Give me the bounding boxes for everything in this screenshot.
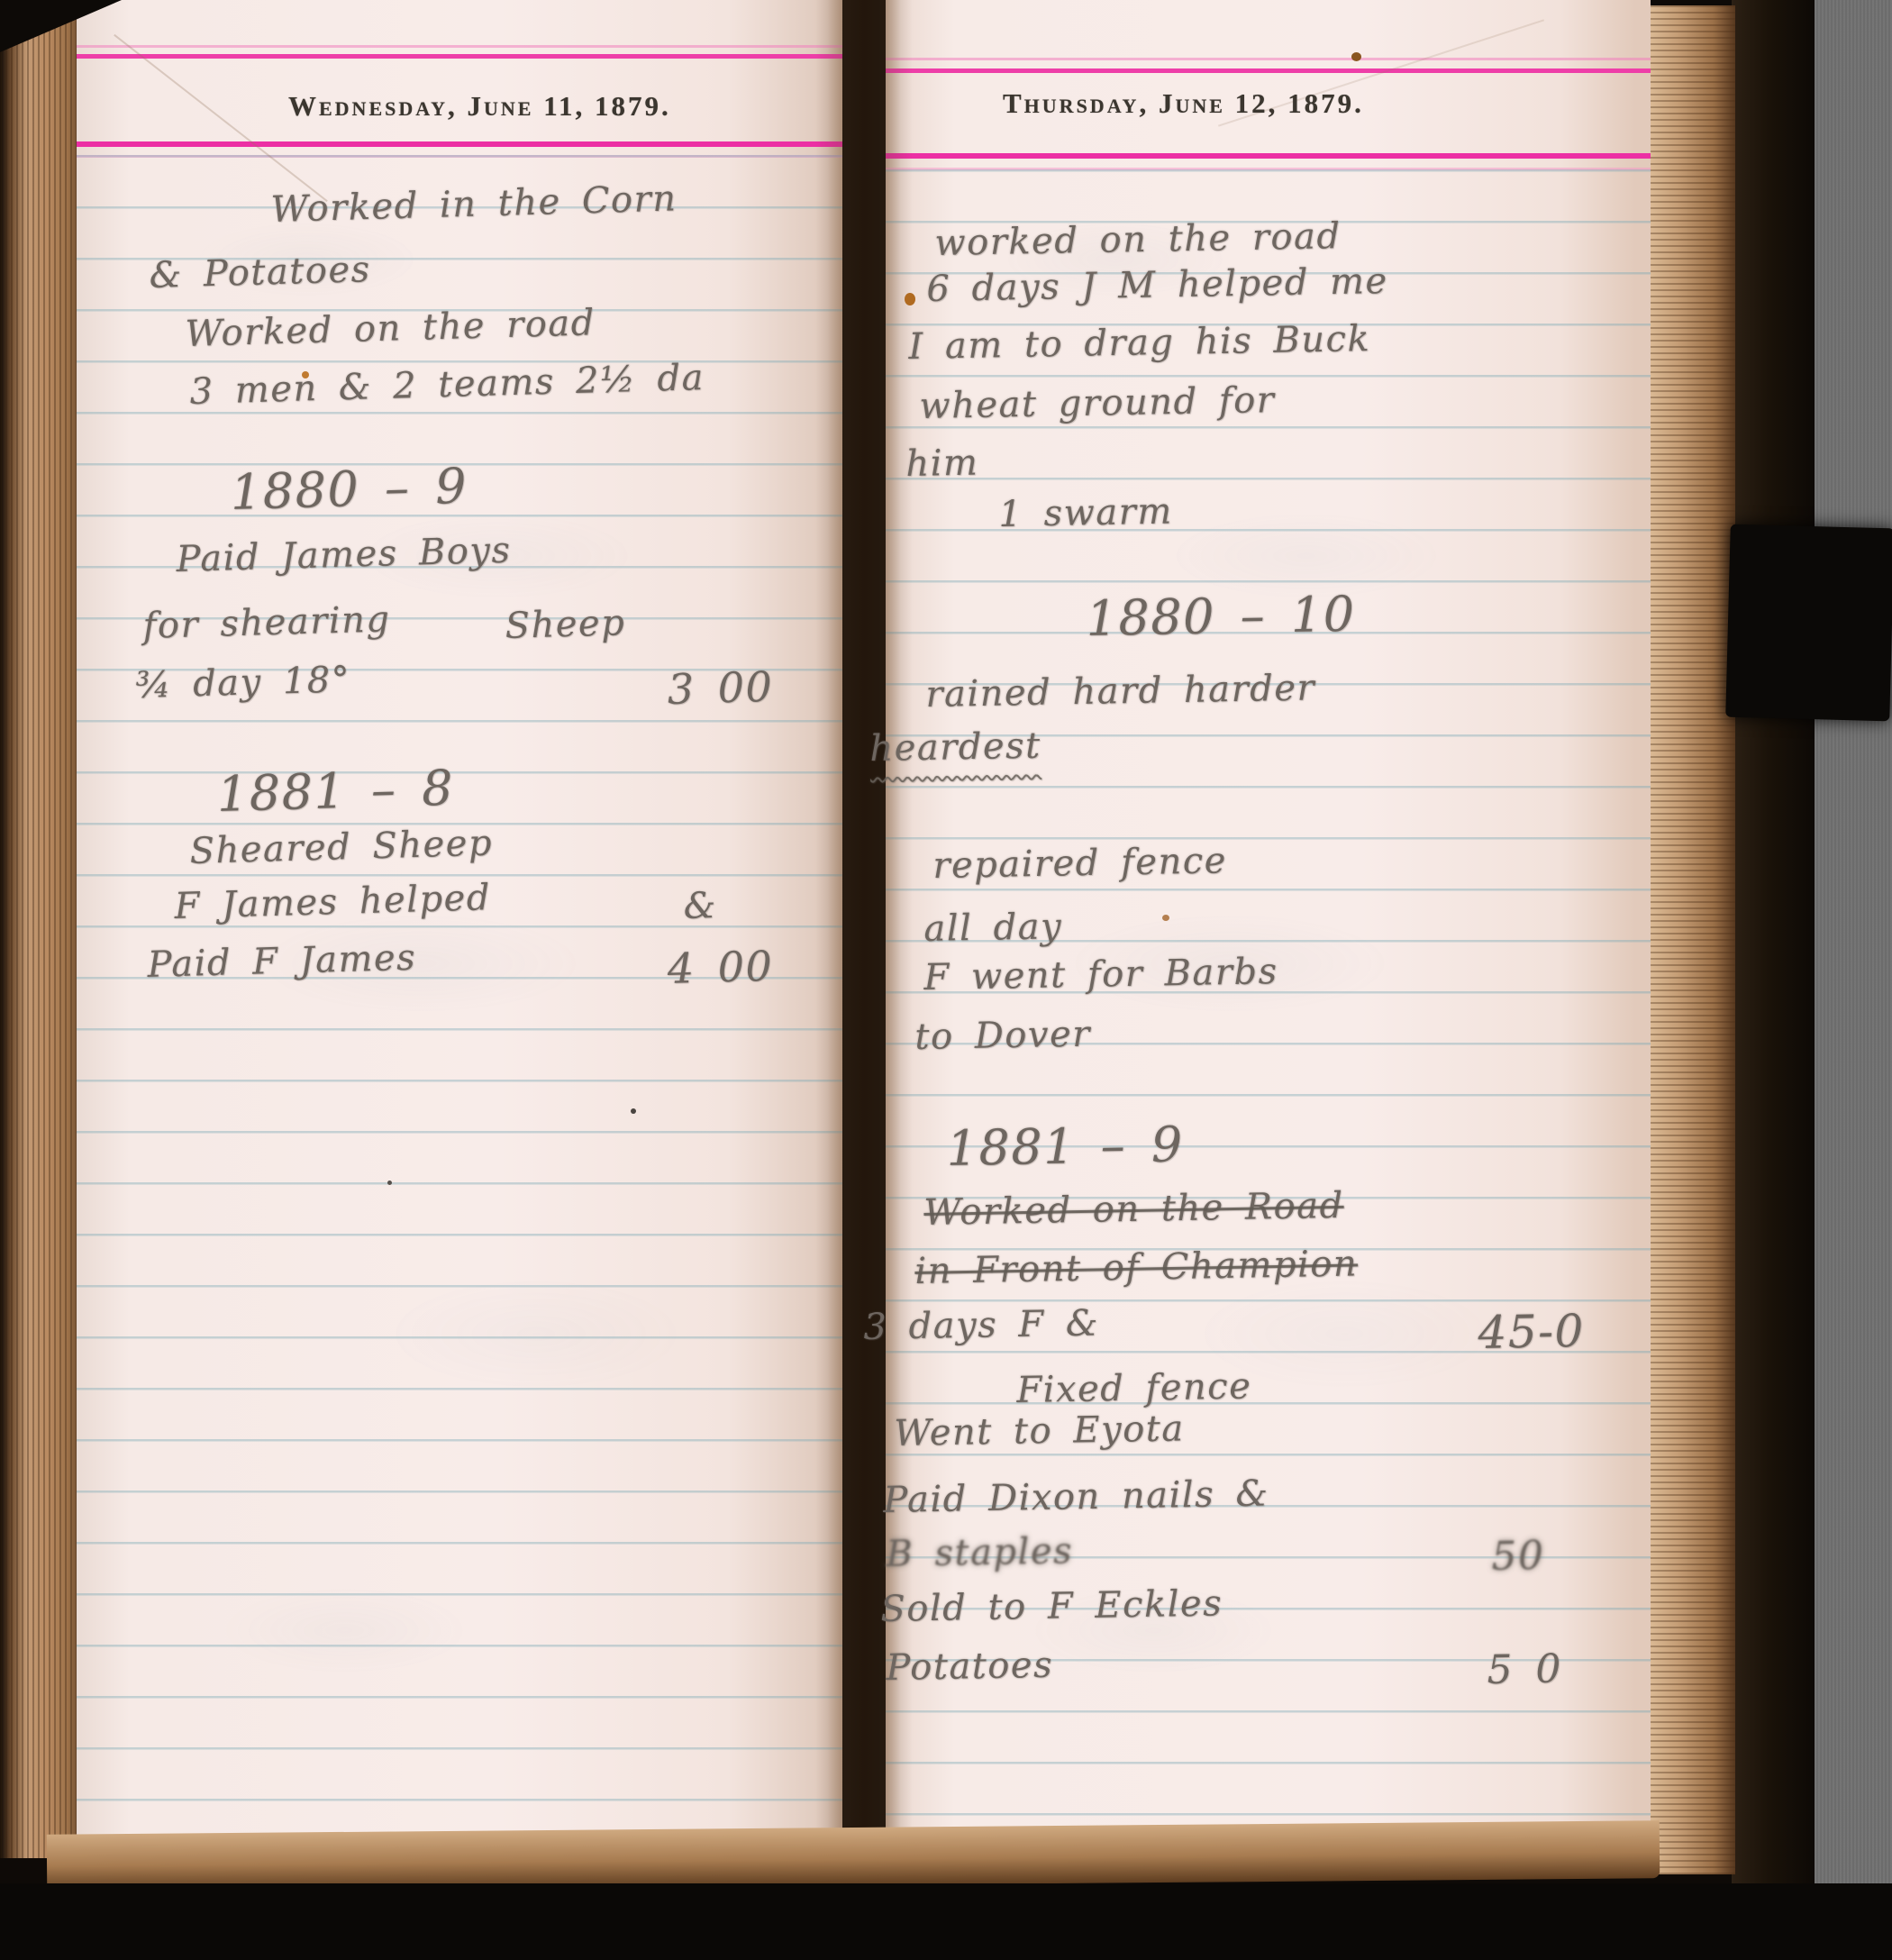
scan-bottom-shadow (0, 1883, 1892, 1960)
handwritten-line: Paid F James (147, 937, 417, 986)
pink-rule (77, 54, 842, 59)
stain-spot (302, 371, 309, 378)
handwritten-line: wheat ground for (919, 379, 1276, 427)
handwritten-line: Sold to F Eckles (880, 1582, 1223, 1630)
cover-strap (1725, 524, 1892, 722)
pink-rule (77, 45, 842, 48)
handwritten-line: 3 days F & (863, 1302, 1099, 1348)
handwritten-line: all day (923, 906, 1062, 950)
page-header-left: Wednesday, June 11, 1879. (288, 90, 631, 123)
handwritten-line: Worked on the Road (923, 1185, 1344, 1234)
diary-scan: Wednesday, June 11, 1879. Thursday, June… (0, 0, 1892, 1960)
stain-spot (1351, 52, 1361, 61)
handwritten-line: in Front of Champion (914, 1243, 1358, 1292)
handwritten-line: heardest (869, 725, 1042, 770)
pink-rule (886, 58, 1651, 60)
handwritten-line: 3 00 (667, 662, 774, 714)
handwritten-line: & (683, 885, 717, 927)
page-edge-stack-left (0, 0, 79, 1858)
handwritten-line: F went for Barbs (923, 951, 1278, 998)
pink-rule (886, 68, 1651, 73)
stain-spot (1162, 915, 1169, 921)
book-cover-right (1732, 0, 1815, 1885)
handwritten-line: F James helped (174, 877, 491, 927)
stain-spot (905, 293, 915, 305)
handwritten-line: 1881 – 8 (216, 760, 455, 823)
handwritten-line: I am to drag his Buck (908, 318, 1371, 368)
pink-rule (886, 153, 1651, 159)
page-header-right: Thursday, June 12, 1879. (1003, 87, 1354, 120)
handwritten-line: repaired fence (932, 840, 1227, 887)
scanner-background (1807, 0, 1892, 1960)
handwritten-line: for shearing (142, 598, 391, 647)
handwritten-line: B staples (886, 1530, 1073, 1575)
handwritten-line: Potatoes (886, 1645, 1053, 1689)
handwritten-line: & Potatoes (149, 249, 371, 296)
handwritten-line: Sheep (505, 602, 626, 647)
handwritten-line: Sheared Sheep (189, 823, 494, 872)
handwritten-line: rained hard harder (925, 667, 1315, 716)
stain-spot (631, 1108, 636, 1114)
handwritten-line: worked on the road (934, 215, 1342, 264)
stain-spot (387, 1181, 392, 1185)
handwritten-line: 1881 – 9 (946, 1116, 1184, 1177)
pink-rule (77, 141, 842, 147)
handwritten-line: 1 swarm (998, 491, 1173, 535)
handwritten-line: 1880 – 9 (230, 458, 468, 521)
handwritten-line: 6 days J M helped me (926, 260, 1388, 310)
handwritten-line: Went to Eyota (894, 1408, 1185, 1454)
handwritten-line: Paid Dixon nails & (883, 1473, 1269, 1521)
handwritten-line: ¾ day 18° (135, 659, 351, 707)
handwritten-line: 5 0 (1487, 1646, 1562, 1693)
handwritten-line: 50 (1491, 1533, 1545, 1580)
handwritten-line: 1880 – 10 (1086, 586, 1356, 647)
handwritten-line: 45-0 (1478, 1305, 1585, 1359)
page-edge-stack-right (1649, 5, 1735, 1874)
handwritten-line: 4 00 (667, 942, 774, 993)
handwritten-line: him (905, 442, 979, 485)
handwritten-line: to Dover (914, 1014, 1091, 1058)
handwritten-line: Fixed fence (1016, 1365, 1252, 1411)
